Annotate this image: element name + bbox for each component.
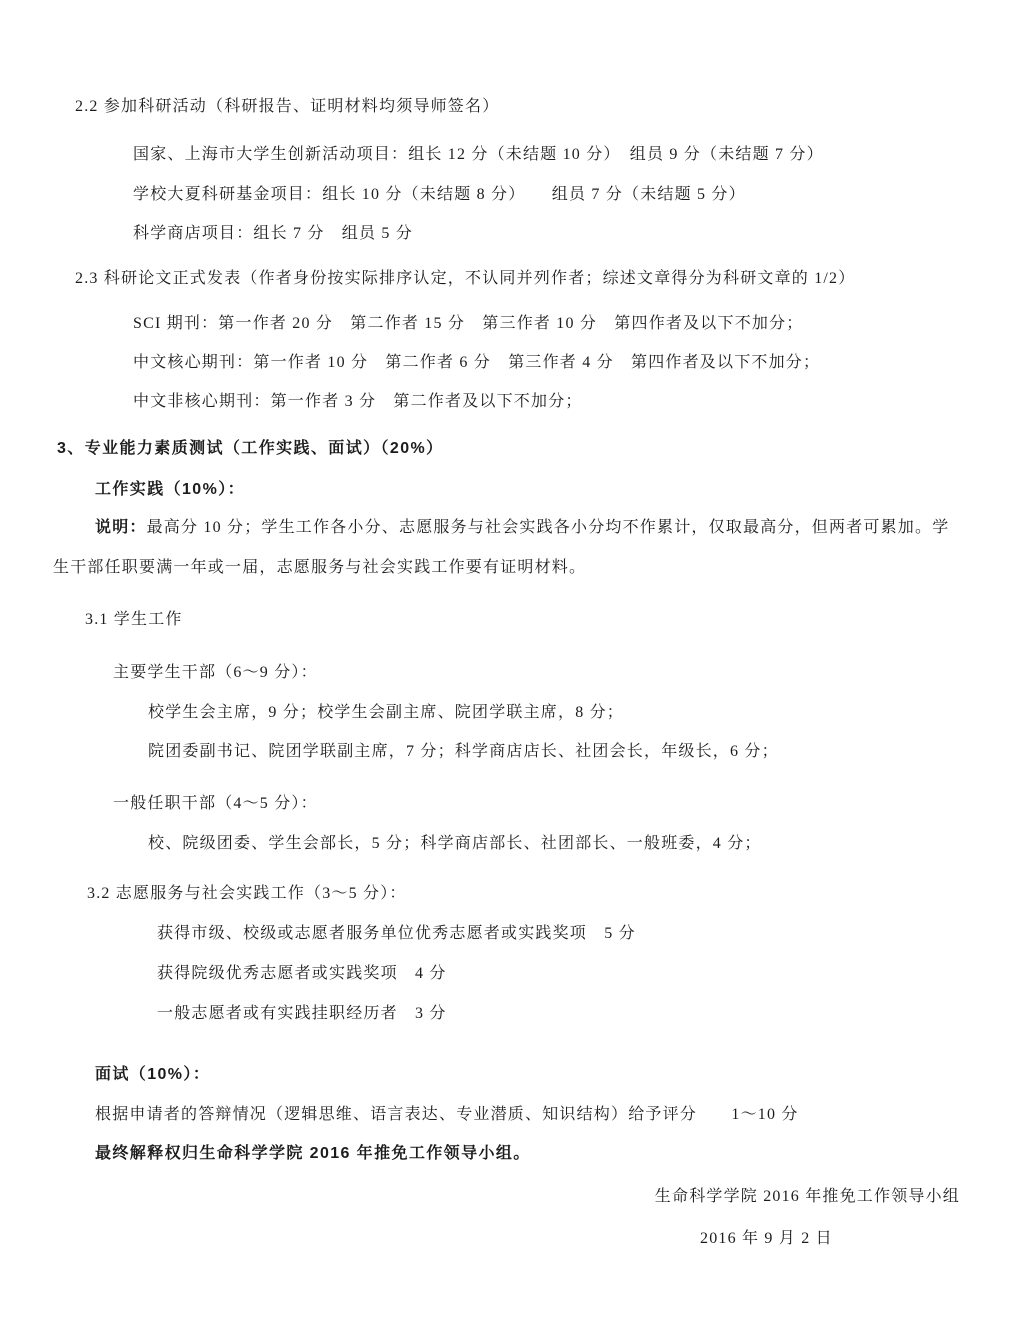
general-cadre-item-1: 校、院级团委、学生会部长，5 分；科学商店部长、社团部长、一般班委，4 分； xyxy=(148,833,762,855)
section-3-1-heading: 3.1 学生工作 xyxy=(85,609,183,631)
volunteer-item-college-level: 获得院级优秀志愿者或实践奖项 4 分 xyxy=(157,963,447,985)
work-practice-note-line1: 说明：最高分 10 分；学生工作各小分、志愿服务与社会实践各小分均不作累计，仅取… xyxy=(95,517,949,539)
volunteer-item-city-level: 获得市级、校级或志愿者服务单位优秀志愿者或实践奖项 5 分 xyxy=(157,923,636,945)
main-cadre-item-2: 院团委副书记、院团学联副主席，7 分；科学商店店长、社团会长，年级长，6 分； xyxy=(148,741,779,763)
interview-body: 根据申请者的答辩情况（逻辑思维、语言表达、专业潜质、知识结构）给予评分 1～10… xyxy=(95,1104,799,1126)
main-cadre-item-1: 校学生会主席，9 分；校学生会副主席、院团学联主席，8 分； xyxy=(148,702,624,724)
section-2-2-item-science-shop: 科学商店项目：组长 7 分 组员 5 分 xyxy=(133,223,413,245)
section-2-2-item-school-fund: 学校大夏科研基金项目：组长 10 分（未结题 8 分） 组员 7 分（未结题 5… xyxy=(133,184,746,206)
section-2-3-item-non-core-journal: 中文非核心期刊：第一作者 3 分 第二作者及以下不加分； xyxy=(133,391,583,413)
signature-org: 生命科学学院 2016 年推免工作领导小组 xyxy=(655,1186,960,1208)
general-cadre-heading: 一般任职干部（4～5 分）： xyxy=(113,793,318,815)
section-3-2-heading: 3.2 志愿服务与社会实践工作（3～5 分）： xyxy=(87,883,407,905)
note-text-line1: 最高分 10 分；学生工作各小分、志愿服务与社会实践各小分均不作累计，仅取最高分… xyxy=(147,519,950,536)
interview-heading: 面试（10%）： xyxy=(95,1064,210,1086)
volunteer-item-general: 一般志愿者或有实践挂职经历者 3 分 xyxy=(157,1003,447,1025)
signature-date: 2016 年 9 月 2 日 xyxy=(700,1228,833,1250)
work-practice-note-line2: 生干部任职要满一年或一届，志愿服务与社会实践工作要有证明材料。 xyxy=(53,557,586,579)
section-2-2-item-national: 国家、上海市大学生创新活动项目：组长 12 分（未结题 10 分） 组员 9 分… xyxy=(133,144,824,166)
disclaimer-line: 最终解释权归生命科学学院 2016 年推免工作领导小组。 xyxy=(95,1143,531,1165)
section-2-3-item-core-journal: 中文核心期刊：第一作者 10 分 第二作者 6 分 第三作者 4 分 第四作者及… xyxy=(133,352,820,374)
work-practice-heading: 工作实践（10%）： xyxy=(95,479,245,501)
section-3-heading: 3、专业能力素质测试（工作实践、面试）（20%） xyxy=(57,438,444,460)
section-2-3-item-sci: SCI 期刊：第一作者 20 分 第二作者 15 分 第三作者 10 分 第四作… xyxy=(133,313,804,335)
section-2-2-heading: 2.2 参加科研活动（科研报告、证明材料均须导师签名） xyxy=(75,96,499,118)
document-page: 2.2 参加科研活动（科研报告、证明材料均须导师签名） 国家、上海市大学生创新活… xyxy=(0,0,1024,1325)
section-2-3-heading: 2.3 科研论文正式发表（作者身份按实际排序认定，不认同并列作者；综述文章得分为… xyxy=(75,268,855,290)
main-cadre-heading: 主要学生干部（6～9 分）： xyxy=(113,662,318,684)
note-label: 说明： xyxy=(95,519,147,536)
